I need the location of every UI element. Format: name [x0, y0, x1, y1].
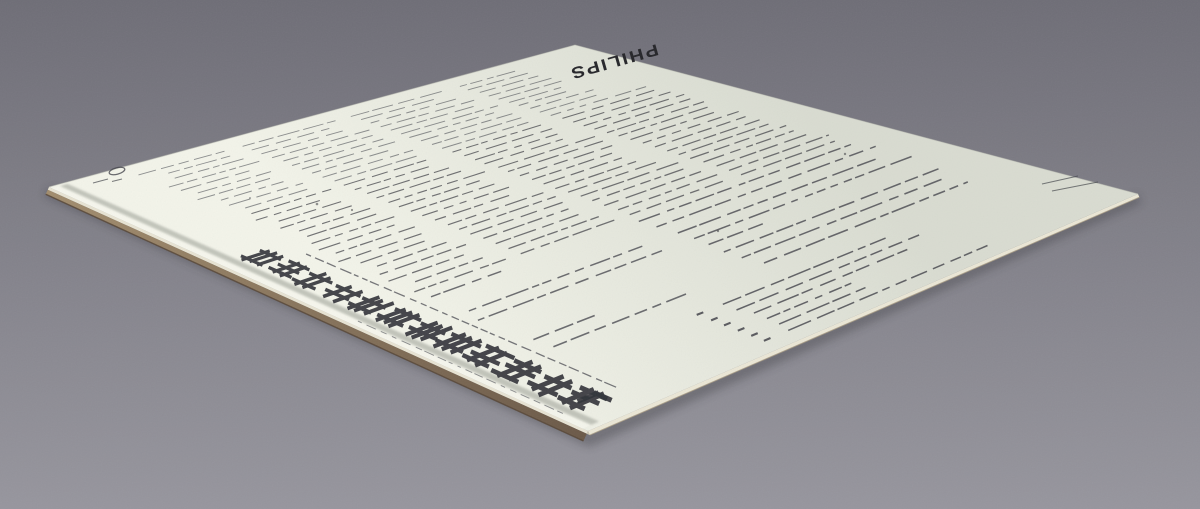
- photo-canvas: PHILIPS: [0, 0, 1200, 509]
- photo-of-lp-back-cover: PHILIPS: [0, 0, 1200, 509]
- film-grain-overlay: [0, 0, 1200, 509]
